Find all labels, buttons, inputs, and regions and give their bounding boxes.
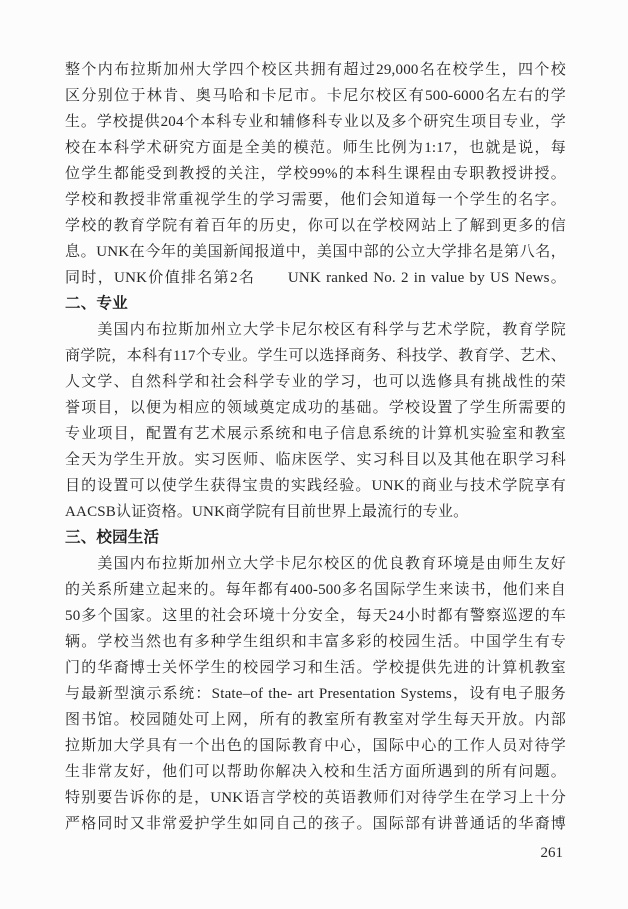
text-line: 的关系所建立起来的。每年都有400-500多名国际学生来读书，他们来自 xyxy=(65,577,566,603)
text-line: AACSB认证资格。UNK商学院有目前世界上最流行的专业。 xyxy=(65,499,566,525)
text-line: 严格同时又非常爱护学生如同自己的孩子。国际部有讲普通话的华裔博 xyxy=(65,811,566,837)
text-line: 校在本科学术研究方面是全美的模范。师生比例为1:17，也就是说，每 xyxy=(65,135,566,161)
text-line: 门的华裔博士关怀学生的校园学习和生活。学校提供先进的计算机教室 xyxy=(65,655,566,681)
section-heading-majors: 二、专业 xyxy=(65,291,566,317)
text-line: 美国内布拉斯加州立大学卡尼尔校区有科学与艺术学院，教育学院 xyxy=(65,317,566,343)
document-page: 整个内布拉斯加州大学四个校区共拥有超过29,000名在校学生，四个校 区分别位于… xyxy=(0,0,628,909)
text-line: 专业项目，配置有艺术展示系统和电子信息系统的计算机实验室和教室 xyxy=(65,421,566,447)
section-heading-campus-life: 三、校园生活 xyxy=(65,525,566,551)
text-line: 拉斯加大学具有一个出色的国际教育中心，国际中心的工作人员对待学 xyxy=(65,733,566,759)
text-line: 图书馆。校园随处可上网，所有的教室所有教室对学生每天开放。内部 xyxy=(65,707,566,733)
text-line: 特别要告诉你的是，UNK语言学校的英语教师们对待学生在学习上十分 xyxy=(65,785,566,811)
text-line: 位学生都能受到教授的关注，学校99%的本科生课程由专职教授讲授。 xyxy=(65,161,566,187)
text-line: 生非常友好，他们可以帮助你解决入校和生活方面所遇到的所有问题。 xyxy=(65,759,566,785)
text-line: 人文学、自然科学和社会科学专业的学习，也可以选修具有挑战性的荣 xyxy=(65,369,566,395)
text-line: 生。学校提供204个本科专业和辅修科专业以及多个研究生项目专业，学 xyxy=(65,109,566,135)
text-line: 同时，UNK价值排名第2名 UNK ranked No. 2 in value … xyxy=(65,265,566,291)
text-line: 50多个国家。这里的社会环境十分安全，每天24小时都有警察巡逻的车 xyxy=(65,603,566,629)
text-line: 区分别位于林肯、奥马哈和卡尼市。卡尼尔校区有500-6000名左右的学 xyxy=(65,83,566,109)
text-line: 商学院，本科有117个专业。学生可以选择商务、科技学、教育学、艺术、 xyxy=(65,343,566,369)
text-line: 誉项目，以便为相应的领域奠定成功的基础。学校设置了学生所需要的 xyxy=(65,395,566,421)
text-line: 美国内布拉斯加州立大学卡尼尔校区的优良教育环境是由师生友好 xyxy=(65,551,566,577)
text-line: 学校和教授非常重视学生的学习需要，他们会知道每一个学生的名字。 xyxy=(65,187,566,213)
text-line: 目的设置可以使学生获得宝贵的实践经验。UNK的商业与技术学院享有 xyxy=(65,473,566,499)
text-line: 整个内布拉斯加州大学四个校区共拥有超过29,000名在校学生，四个校 xyxy=(65,57,566,83)
page-body: 整个内布拉斯加州大学四个校区共拥有超过29,000名在校学生，四个校 区分别位于… xyxy=(65,57,566,837)
text-line: 全天为学生开放。实习医师、临床医学、实习科目以及其他在职学习科 xyxy=(65,447,566,473)
text-line: 与最新型演示系统：State–of the- art Presentation … xyxy=(65,681,566,707)
text-line: 息。UNK在今年的美国新闻报道中，美国中部的公立大学排名是第八名， xyxy=(65,239,566,265)
text-line: 学校的教育学院有着百年的历史，你可以在学校网站上了解到更多的信 xyxy=(65,213,566,239)
text-line: 辆。学校当然也有多种学生组织和丰富多彩的校园生活。中国学生有专 xyxy=(65,629,566,655)
page-number: 261 xyxy=(541,843,564,863)
